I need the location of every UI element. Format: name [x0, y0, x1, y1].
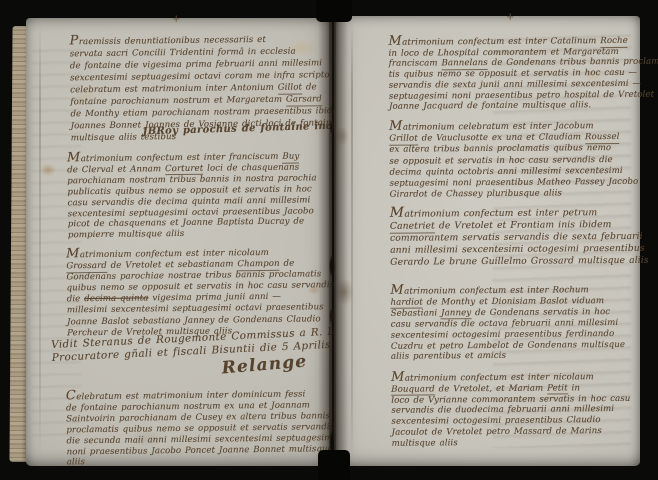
register-entry-buy-corturet: Matrimonium confectum est inter francisc… [67, 150, 317, 241]
manuscript-line: Girardot de Chassey pluribusque aliis [390, 188, 639, 201]
manuscript-line: pompierre multisque aliis [68, 228, 317, 242]
left-page: Praemissis denuntiationibus necessariis … [26, 18, 332, 466]
right-page-entries: Matrimonium confectum est inter Catalinu… [332, 15, 642, 467]
right-page: Matrimonium confectum est inter Catalinu… [334, 16, 640, 466]
spine-notch-bottom [318, 450, 350, 480]
manuscript-line: Joanne Jacquard de fontaine multisque al… [389, 100, 658, 113]
manuscript-line: Jacoulot de Vretolet petro Massard de Ma… [391, 426, 630, 439]
register-entry-hardiot-baslot: Matrimonium confectum est inter Rochumha… [390, 284, 625, 363]
manuscript-line: aliis parentibus et amicis [391, 350, 625, 363]
manuscript-line: multisque aliis [392, 437, 631, 450]
register-entry-canetriet: Matrimonium confectum est inter petrumCa… [390, 205, 649, 269]
register-entry-grossard-champon: Matrimonium confectum est inter nicolaum… [66, 245, 335, 339]
left-page-entries: Praemissis denuntiationibus necessariis … [23, 16, 334, 468]
register-entry-bouquard-petit: Matrimonium confectum est inter nicolaum… [391, 371, 631, 449]
cross-mark-right: + [506, 12, 514, 23]
cross-mark-left: + [172, 14, 180, 25]
register-entry-fessi-saintvoirin: Celebratum est matrimonium inter dominic… [66, 388, 336, 469]
manuscript-line: Gerardo Le brune Guillelmo Grossard mult… [390, 255, 649, 269]
register-entry-roche-bannelans: Matrimonium confectum est inter Catalinu… [388, 35, 658, 113]
manuscript-photo: Praemissis denuntiationibus necessariis … [0, 0, 658, 480]
spine-notch-top [316, 0, 352, 22]
register-entry-grillot-roussel: Matrimonium celebratum est inter Jacobum… [389, 119, 638, 201]
